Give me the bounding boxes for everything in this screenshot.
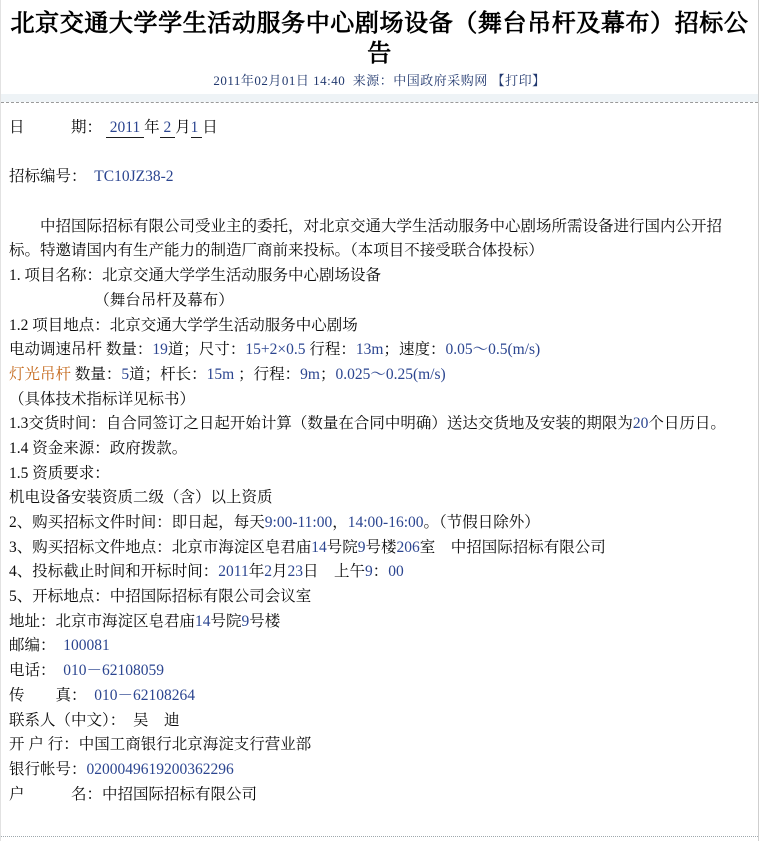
text-segment: 邮编： [9, 637, 63, 654]
text-line: 开 户 行：中国工商银行北京海淀支行营业部 [9, 733, 752, 758]
text-segment: ；行程： [234, 366, 300, 383]
text-segment: 开 户 行：中国工商银行北京海淀支行营业部 [9, 736, 311, 753]
text-line: 银行帐号：0200049619200362296 [9, 758, 752, 783]
text-line: 联系人（中文）： 吴 迪 [9, 709, 752, 734]
text-segment: 2 [264, 563, 272, 580]
text-segment: 2 [160, 119, 176, 138]
text-line: 2、购买招标文件时间：即日起，每天9:00-11:00，14:00-16:00。… [9, 511, 752, 536]
text-segment: 年 [249, 563, 265, 580]
text-segment: 。（节假日除外） [424, 514, 540, 531]
text-segment: 9 [358, 539, 366, 556]
document-body: 日 期： 2011 年 2 月1 日招标编号： TC10JZ38-2 中招国际招… [1, 103, 758, 837]
text-segment: 0.025～0.25(m/s) [335, 366, 445, 383]
text-segment: 个日历日。 [648, 415, 726, 432]
text-line: 电话： 010－62108059 [9, 659, 752, 684]
text-segment: 号院 [211, 613, 242, 630]
announcement-page: 北京交通大学学生活动服务中心剧场设备（舞台吊杆及幕布）招标公告 2011年02月… [0, 0, 759, 841]
text-line: 传 真： 010－62108264 [9, 684, 752, 709]
text-line: 户 名：中招国际招标有限公司 [9, 783, 752, 808]
text-line: 电动调速吊杆 数量：19道；尺寸：15+2×0.5 行程：13m；速度：0.05… [9, 338, 752, 363]
text-segment: 2、购买招标文件时间：即日起，每天 [9, 514, 265, 531]
text-segment: 道；尺寸： [168, 341, 246, 358]
text-segment: 日 [202, 119, 218, 136]
text-segment: 1.3交货时间：自合同签订之日起开始计算（数量在合同中明确）送达交货地及安装的期… [9, 415, 633, 432]
text-segment: 户 名：中招国际招标有限公司 [9, 786, 257, 803]
text-segment: 号楼 [366, 539, 397, 556]
text-segment: 1.2 项目地点：北京交通大学学生活动服务中心剧场 [9, 317, 358, 334]
text-segment: 20 [633, 415, 649, 432]
text-segment: 2011 [218, 563, 248, 580]
text-line: 日 期： 2011 年 2 月1 日 [9, 116, 752, 141]
text-line: 4、投标截止时间和开标时间：2011年2月23日 上午9：00 [9, 560, 752, 585]
text-line: 标。特邀请国内有生产能力的制造厂商前来投标。（本项目不接受联合体投标） [9, 239, 752, 264]
text-segment: 日 期： [9, 119, 106, 136]
text-segment: ： [373, 563, 389, 580]
text-segment: ； [320, 366, 336, 383]
header-band [1, 94, 758, 102]
text-line: 招标编号： TC10JZ38-2 [9, 165, 752, 190]
text-segment: 号楼 [249, 613, 280, 630]
text-line: 1.3交货时间：自合同签订之日起开始计算（数量在合同中明确）送达交货地及安装的期… [9, 412, 752, 437]
text-segment: 机电设备安装资质二级（含）以上资质 [9, 489, 273, 506]
text-line: 1. 项目名称：北京交通大学学生活动服务中心剧场设备 [9, 264, 752, 289]
text-segment: 1 [191, 119, 203, 138]
text-segment: 电话： [9, 662, 63, 679]
text-segment: 月 [272, 563, 288, 580]
text-segment: 23 [287, 563, 303, 580]
text-segment: ， [332, 514, 348, 531]
text-segment: 地址：北京市海淀区皂君庙 [9, 613, 195, 630]
source-name: 来源：中国政府采购网 [353, 73, 488, 88]
text-line: 邮编： 100081 [9, 634, 752, 659]
print-button[interactable]: 【打印】 [492, 73, 546, 88]
text-segment: 1.5 资质要求： [9, 465, 110, 482]
text-segment: 行程： [306, 341, 356, 358]
text-segment: TC10JZ38-2 [94, 168, 173, 185]
text-segment: 标。特邀请国内有生产能力的制造厂商前来投标。（本项目不接受联合体投标） [9, 242, 544, 259]
text-segment: 2011 [106, 119, 144, 138]
text-segment: 13m [356, 341, 384, 358]
text-segment: 00 [388, 563, 404, 580]
text-segment: 206 [397, 539, 420, 556]
text-segment: 3、购买招标文件地点：北京市海淀区皂君庙 [9, 539, 311, 556]
text-segment: 100081 [63, 637, 110, 654]
text-line: 机电设备安装资质二级（含）以上资质 [9, 486, 752, 511]
text-segment: 灯光吊杆 [9, 366, 71, 383]
text-segment: 数量： [71, 366, 121, 383]
text-segment: 月 [175, 119, 191, 136]
text-segment: 联系人（中文）： 吴 迪 [9, 712, 180, 729]
text-segment: 道；杆长： [129, 366, 207, 383]
text-segment: ；速度： [383, 341, 445, 358]
meta-line: 2011年02月01日 14:40 来源：中国政府采购网 【打印】 [1, 72, 758, 90]
text-line: （舞台吊杆及幕布） [9, 289, 752, 314]
text-segment: 010－62108059 [63, 662, 164, 679]
text-segment: 1. 项目名称：北京交通大学学生活动服务中心剧场设备 [9, 267, 381, 284]
text-segment: （舞台吊杆及幕布） [9, 292, 234, 309]
text-segment: 0200049619200362296 [87, 761, 234, 778]
text-segment: 19 [152, 341, 168, 358]
text-segment: 9 [365, 563, 373, 580]
text-segment: 4、投标截止时间和开标时间： [9, 563, 218, 580]
text-segment: 5 [121, 366, 129, 383]
text-line: 1.2 项目地点：北京交通大学学生活动服务中心剧场 [9, 314, 752, 339]
text-segment: 传 真： [9, 687, 94, 704]
text-segment: （具体技术指标详见标书） [9, 391, 195, 408]
text-line [9, 141, 752, 166]
text-segment: 15m [207, 366, 235, 383]
page-title: 北京交通大学学生活动服务中心剧场设备（舞台吊杆及幕布）招标公告 [6, 9, 754, 69]
text-line: 1.5 资质要求： [9, 462, 752, 487]
text-segment: 010－62108264 [94, 687, 195, 704]
text-segment: 招标编号： [9, 168, 94, 185]
text-segment: 9:00-11:00 [265, 514, 332, 531]
text-segment: 号院 [327, 539, 358, 556]
text-segment: 日 上午 [303, 563, 365, 580]
text-segment: 银行帐号： [9, 761, 87, 778]
publish-datetime: 2011年02月01日 14:40 [213, 73, 345, 88]
text-segment: 5、开标地点：中招国际招标有限公司会议室 [9, 588, 311, 605]
text-line [9, 190, 752, 215]
text-segment: 14 [195, 613, 211, 630]
text-segment: 15+2×0.5 [245, 341, 305, 358]
text-segment: 中招国际招标有限公司受业主的委托，对北京交通大学生活动服务中心剧场所需设备进行国… [9, 218, 722, 235]
text-segment: 9m [300, 366, 320, 383]
text-segment: 1.4 资金来源：政府拨款。 [9, 440, 187, 457]
text-segment: 年 [144, 119, 160, 136]
text-line: 中招国际招标有限公司受业主的委托，对北京交通大学生活动服务中心剧场所需设备进行国… [9, 215, 752, 240]
text-segment: 电动调速吊杆 数量： [9, 341, 152, 358]
text-line: 1.4 资金来源：政府拨款。 [9, 437, 752, 462]
source-label [345, 73, 353, 88]
text-line: 3、购买招标文件地点：北京市海淀区皂君庙14号院9号楼206室 中招国际招标有限… [9, 536, 752, 561]
text-segment: 14 [311, 539, 327, 556]
text-segment: 0.05～0.5(m/s) [445, 341, 540, 358]
page-header: 北京交通大学学生活动服务中心剧场设备（舞台吊杆及幕布）招标公告 2011年02月… [1, 0, 758, 103]
text-line: 灯光吊杆 数量：5道；杆长：15m ；行程：9m；0.025～0.25(m/s) [9, 363, 752, 388]
text-line: （具体技术指标详见标书） [9, 388, 752, 413]
text-segment: 14:00-16:00 [348, 514, 424, 531]
text-line: 5、开标地点：中招国际招标有限公司会议室 [9, 585, 752, 610]
text-line: 地址：北京市海淀区皂君庙14号院9号楼 [9, 610, 752, 635]
text-segment: 室 中招国际招标有限公司 [420, 539, 606, 556]
